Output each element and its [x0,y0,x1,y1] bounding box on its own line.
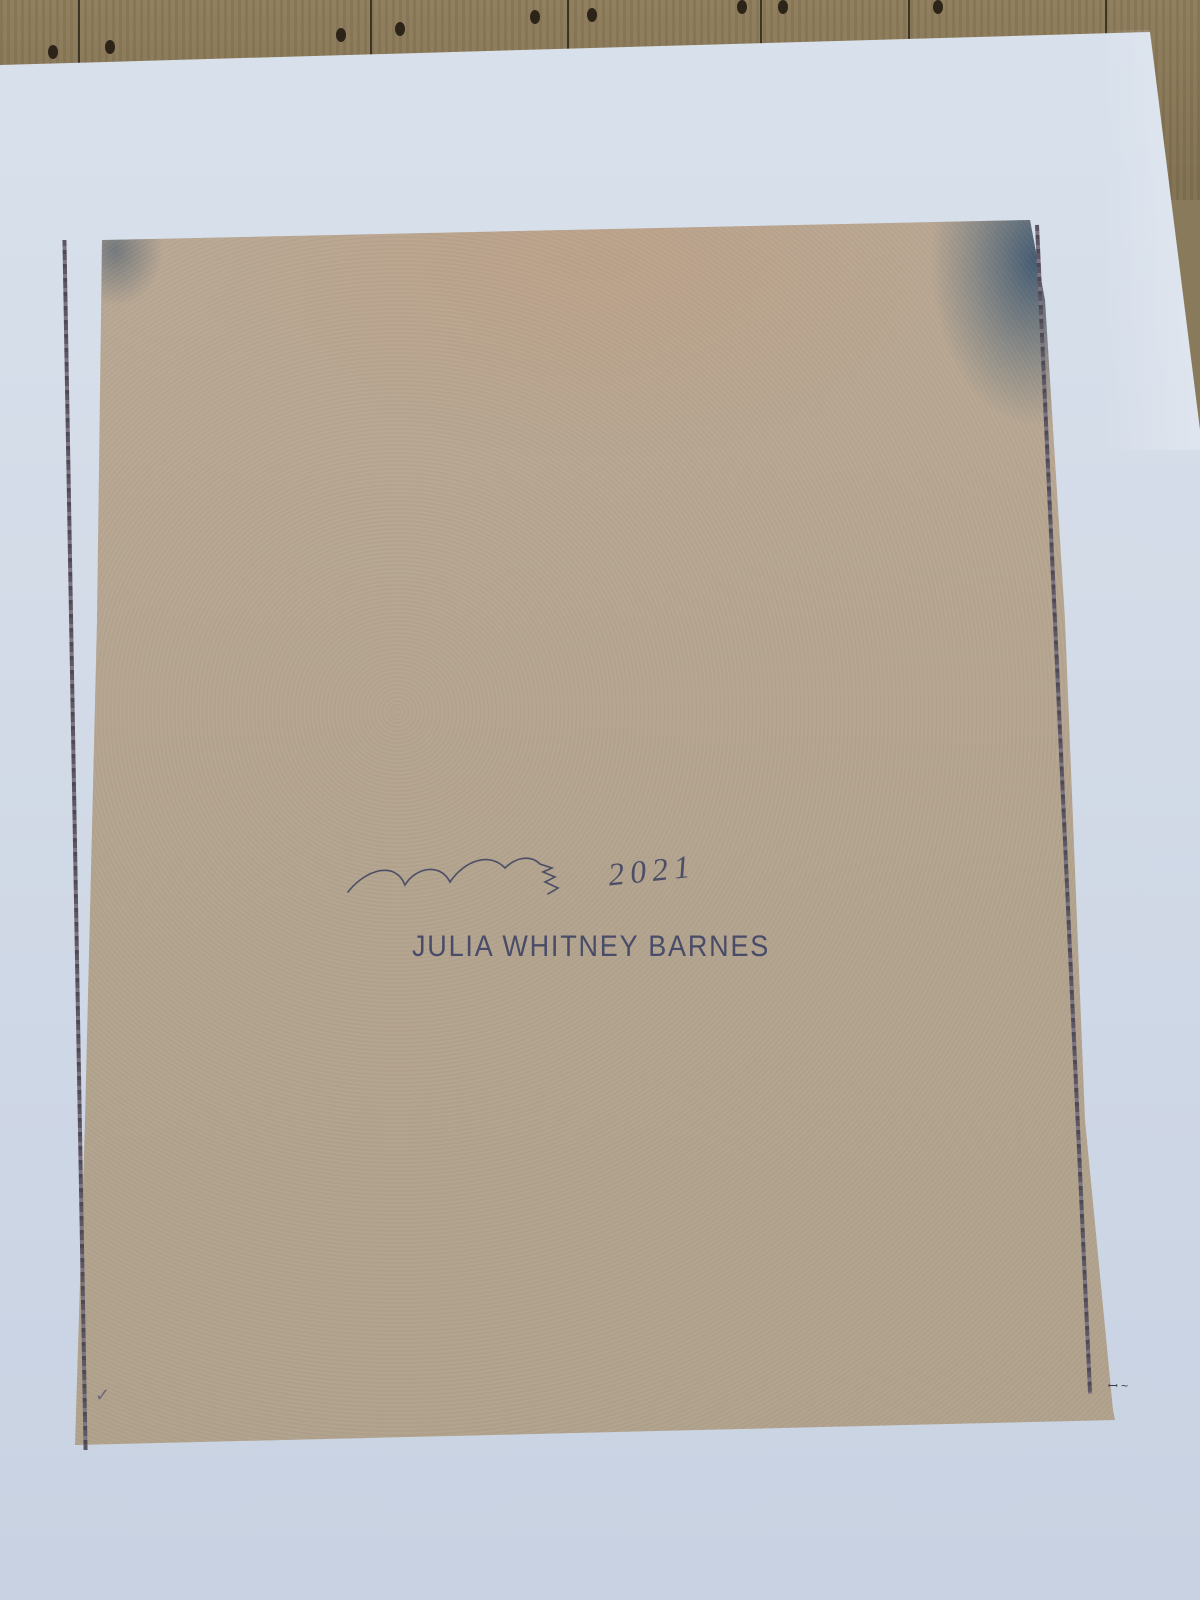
wood-knot [48,45,58,59]
artwork-paper [75,220,1150,1450]
wood-knot [530,10,540,24]
wood-knot [778,0,788,14]
wood-knot [587,8,597,22]
wood-seam [78,0,80,70]
wood-knot [395,22,405,36]
wood-knot [336,28,346,42]
artist-name-inscription: JULIA WHITNEY BARNES [412,930,770,964]
wood-knot [933,0,943,14]
wood-knot [105,40,115,54]
corner-pencil-marks: ꟷ ~ [1108,1377,1128,1394]
wood-knot [737,0,747,14]
check-mark: ✓ [95,1385,110,1406]
